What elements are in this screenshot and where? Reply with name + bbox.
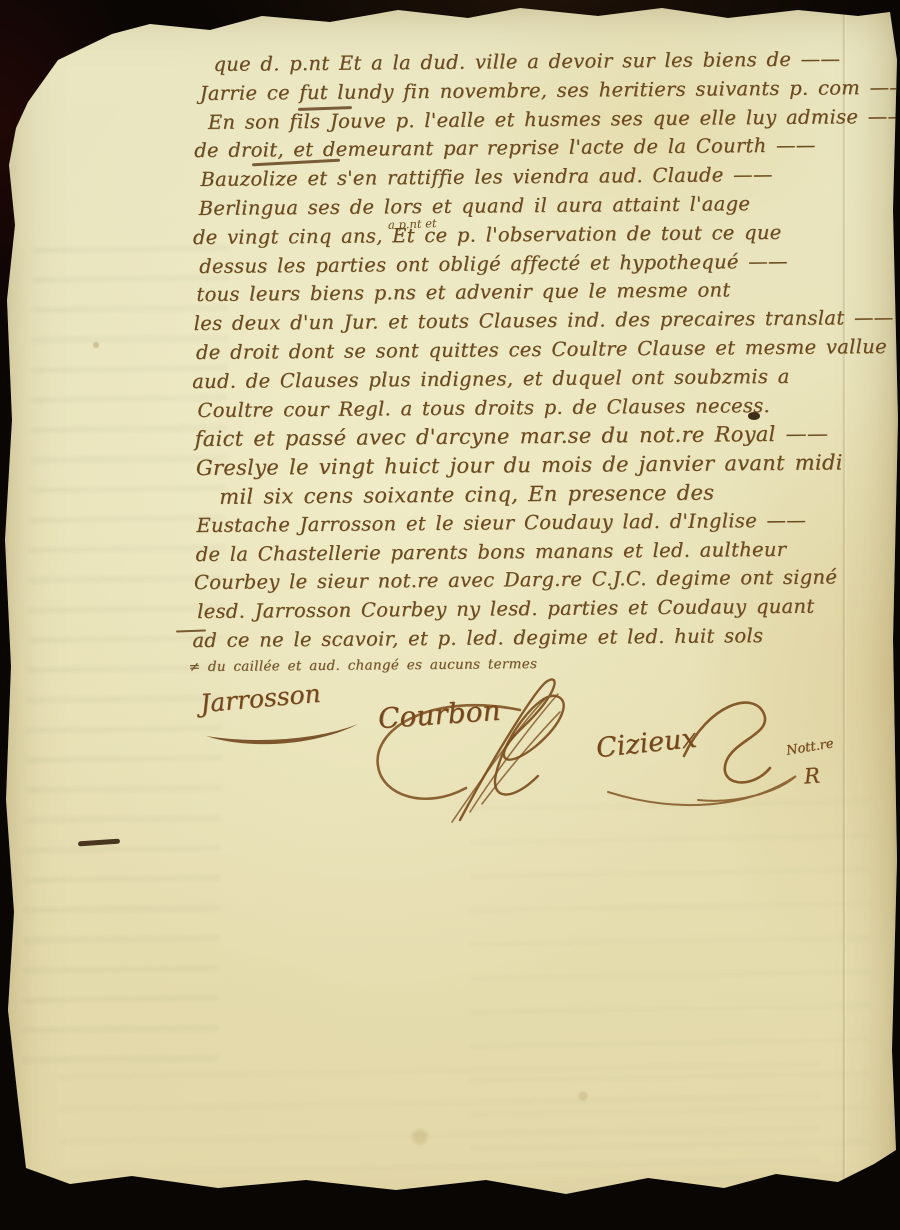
notary-initial: R bbox=[803, 763, 820, 788]
jarrosson-underline-flourish bbox=[198, 716, 368, 758]
signature-jarrosson: Jarrosson bbox=[199, 679, 322, 718]
manuscript-line: aud. de Clauses plus indignes, et duquel… bbox=[192, 362, 892, 397]
ink-smudge bbox=[78, 839, 120, 847]
manuscript-text-block: que d. p.nt Et a la dud. ville a devoir … bbox=[189, 45, 894, 678]
paper-sheet: que d. p.nt Et a la dud. ville a devoir … bbox=[0, 0, 900, 1230]
manuscript-line: lesd. Jarrosson Courbey ny lesd. parties… bbox=[197, 592, 894, 627]
courbon-paraph-flourish bbox=[442, 672, 592, 827]
photo-background: que d. p.nt Et a la dud. ville a devoir … bbox=[0, 0, 900, 1230]
ink-blot bbox=[748, 412, 760, 420]
manuscript-line: Greslye le vingt huict jour du mois de j… bbox=[196, 448, 893, 483]
verso-bleedthrough-bottom bbox=[60, 1060, 820, 1180]
verso-bleedthrough-right bbox=[470, 790, 870, 1180]
interline-insertion: a p.nt et bbox=[388, 216, 437, 232]
manuscript-line: Eustache Jarrosson et le sieur Coudauy l… bbox=[196, 506, 893, 541]
